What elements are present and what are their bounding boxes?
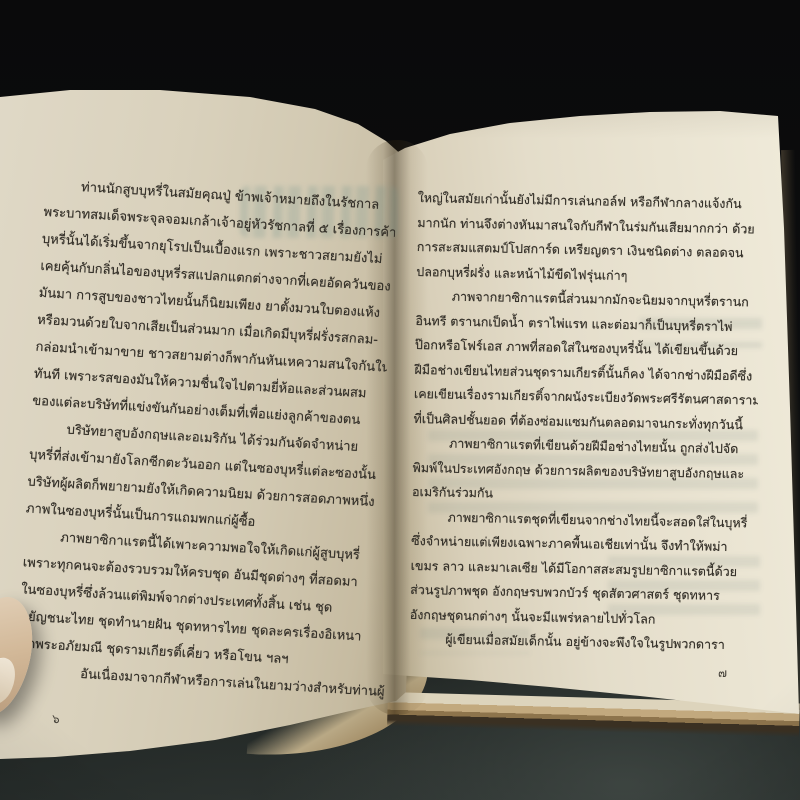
right-page-number: ๗ (718, 664, 727, 683)
left-page-number: ๖ (52, 710, 61, 729)
right-page-text: ใหญ่ในสมัยเก่านั้นยังไม่มีการเล่นกอล์ฟ ห… (409, 186, 762, 658)
left-page-text: ท่านนักสูบบุหรี่ในสมัยคุณปู่ ข้าพเจ้าหมา… (16, 172, 398, 705)
photo-scene: ท่านนักสูบบุหรี่ในสมัยคุณปู่ ข้าพเจ้าหมา… (0, 0, 800, 800)
